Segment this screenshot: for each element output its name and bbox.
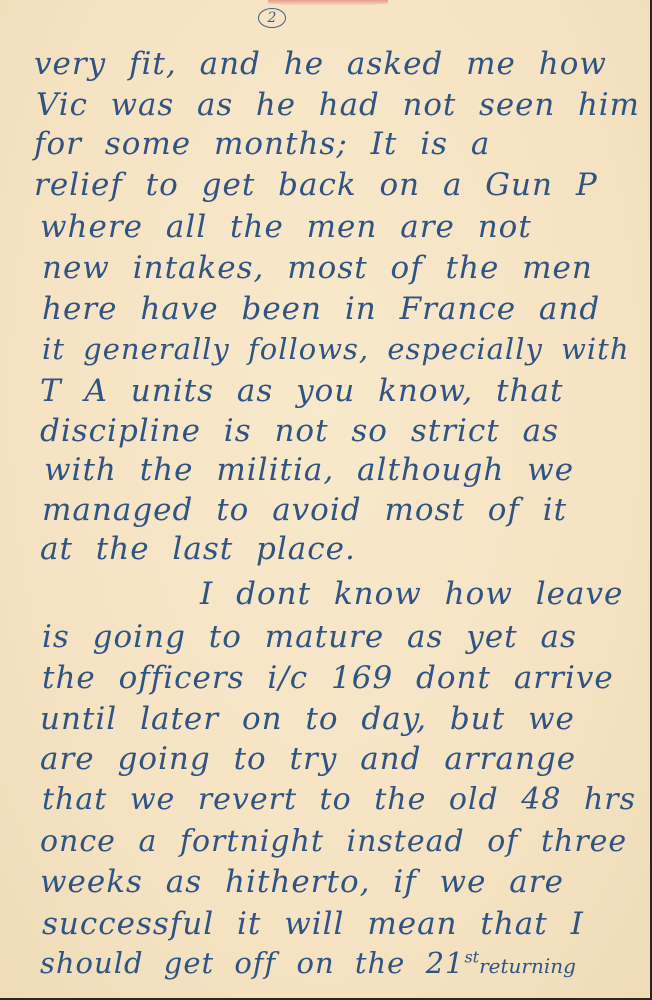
handwritten-line-4: relief to get back on a Gun P: [34, 167, 598, 203]
handwritten-line-20: once a fortnight instead of three: [40, 824, 627, 859]
handwritten-line-13: at the last place.: [40, 531, 356, 567]
handwritten-line-23: should get off on the 21streturning: [40, 946, 576, 980]
red-stain-mark: [268, 0, 388, 6]
handwritten-line-7: here have been in France and: [42, 291, 600, 327]
page-number-circled: 2: [258, 8, 286, 28]
handwritten-line-9: T A units as you know, that: [40, 373, 563, 409]
handwritten-line-18: are going to try and arrange: [40, 741, 576, 777]
handwritten-line-14: I dont know how leave: [200, 576, 623, 612]
last-line-tail: returning: [479, 954, 576, 978]
handwritten-line-5: where all the men are not: [40, 209, 532, 245]
handwritten-line-6: new intakes, most of the men: [42, 250, 593, 286]
ordinal-superscript: st: [464, 947, 479, 966]
handwritten-line-8: it generally follows, especially with: [42, 332, 630, 366]
handwritten-line-15: is going to mature as yet as: [42, 619, 577, 655]
handwritten-line-17: until later on to day, but we: [40, 701, 575, 737]
handwritten-line-2: Vic was as he had not seen him: [36, 87, 640, 123]
handwritten-line-16: the officers i/c 169 dont arrive: [42, 660, 614, 696]
letter-page: 2 very fit, and he asked me how Vic was …: [0, 0, 652, 1000]
handwritten-line-11: with the militia, although we: [44, 452, 574, 488]
handwritten-line-3: for some months; It is a: [34, 126, 490, 162]
handwritten-line-1: very fit, and he asked me how: [34, 46, 607, 82]
handwritten-line-19: that we revert to the old 48 hrs: [42, 782, 636, 817]
handwritten-line-21: weeks as hitherto, if we are: [40, 864, 564, 900]
handwritten-line-10: discipline is not so strict as: [40, 413, 559, 449]
handwritten-line-22: successful it will mean that I: [42, 906, 584, 942]
handwritten-line-12: managed to avoid most of it: [42, 492, 567, 528]
last-line-text: should get off on the 21: [40, 946, 464, 980]
